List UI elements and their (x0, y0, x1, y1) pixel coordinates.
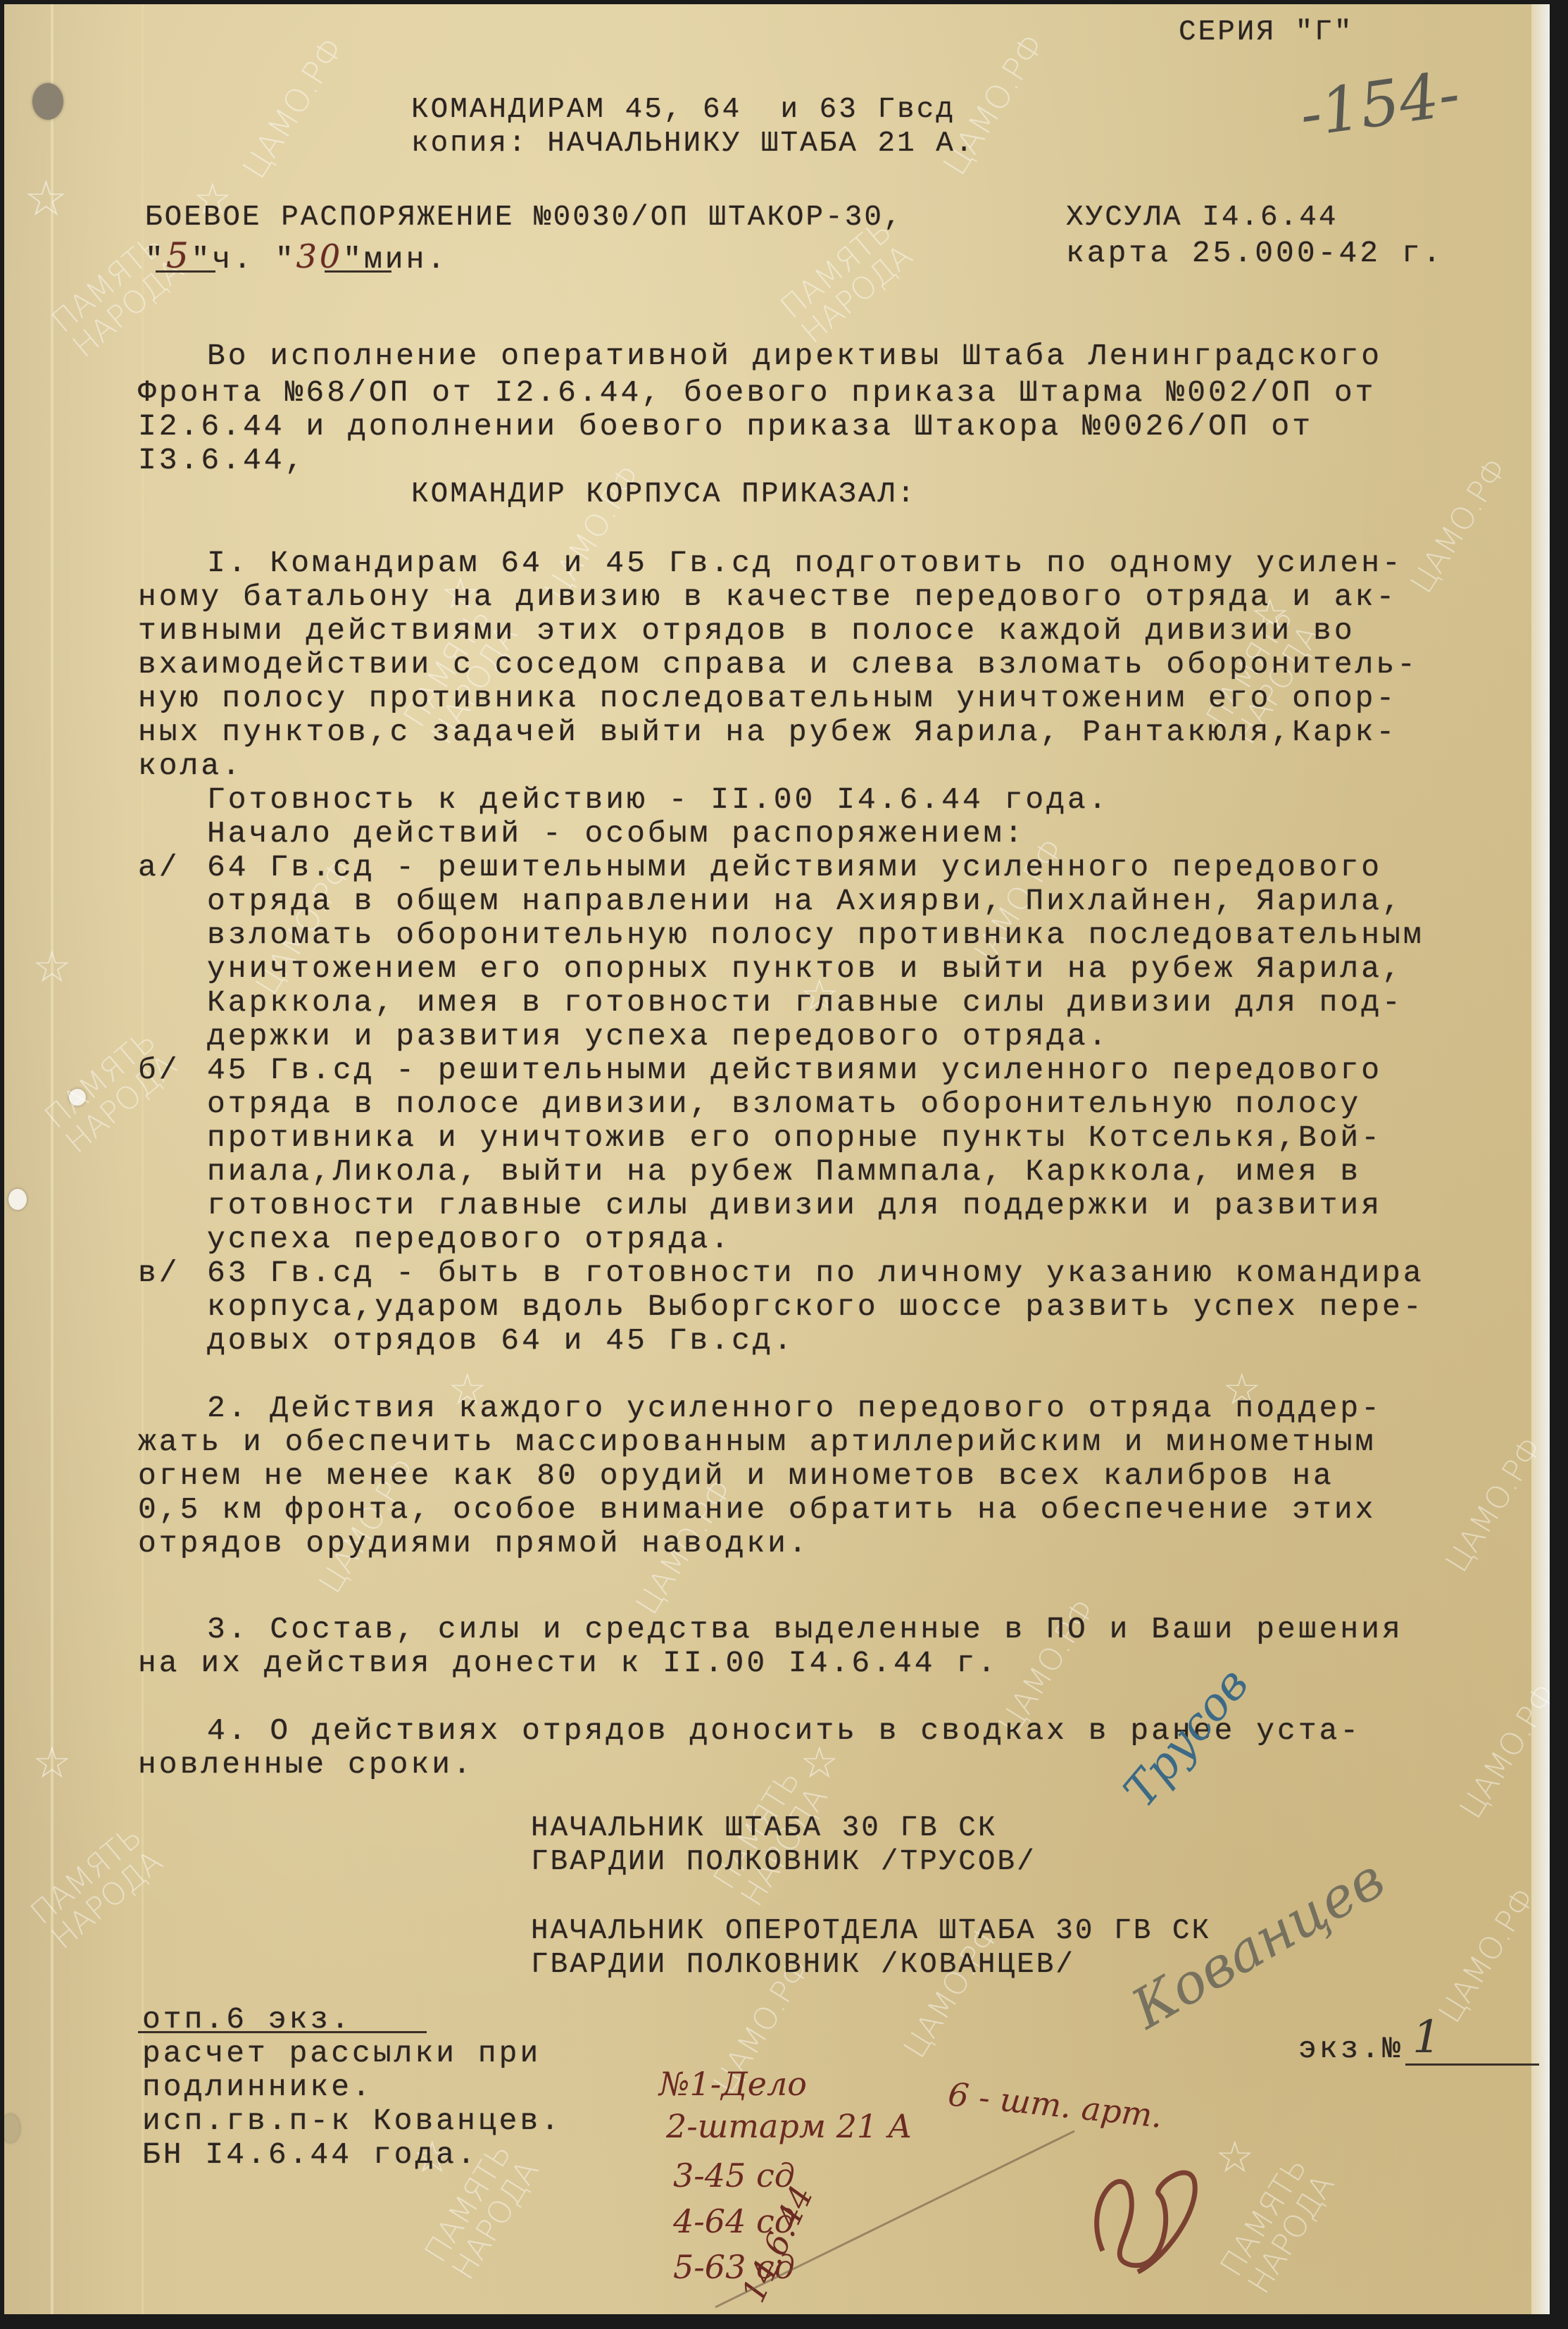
start-line: Начало действий - особым распоряжением: (207, 818, 1025, 849)
fold-line (51, 4, 54, 2314)
item-a-line: уничтожением его опорных пунктов и выйти… (207, 954, 1403, 984)
watermark-star-icon: ☆ (24, 170, 68, 227)
signature1-name: ГВАРДИИ ПОЛКОВНИК /ТРУСОВ/ (531, 1848, 1036, 1877)
signature2-title: НАЧАЛЬНИК ОПЕРОТДЕЛА ШТАБА 30 ГВ СК (531, 1917, 1211, 1946)
item-a-line: держки и развития успеха передового отря… (207, 1021, 1110, 1051)
minutes-underline (325, 270, 391, 273)
order-heading: КОМАНДИР КОРПУСА ПРИКАЗАЛ: (411, 480, 917, 509)
copies-underline (138, 2031, 427, 2033)
footer-line: исп.гв.п-к Кованцев. (142, 2106, 562, 2136)
item-label-b: б/ (138, 1055, 180, 1085)
item-label-v: в/ (138, 1258, 180, 1288)
item-b-line: 45 Гв.сд - решительными действиями усиле… (207, 1055, 1382, 1085)
handwritten-minutes: 30 (296, 237, 344, 275)
watermark-pamyat: ПАМЯТЬ НАРОДА (39, 1025, 183, 1160)
footer-line: расчет рассылки при (142, 2038, 541, 2068)
fold-line (142, 4, 144, 2314)
item-v-line: довых отрядов 64 и 45 Гв.сд. (207, 1325, 795, 1356)
copy-addressee-line: копия: НАЧАЛЬНИКУ ШТАБА 21 А. (411, 130, 975, 158)
order-title: БОЕВОЕ РАСПОРЯЖЕНИЕ №0030/ОП ШТАКОР-30, (145, 204, 903, 232)
hours-underline (156, 270, 215, 273)
watermark-pamyat: ПАМЯТЬ НАРОДА (25, 1821, 169, 1956)
item-label-a: а/ (138, 852, 180, 882)
copy-number-label: экз.№ (1298, 2034, 1403, 2064)
punch-hole (8, 1189, 27, 1210)
signature2-name: ГВАРДИИ ПОЛКОВНИК /КОВАНЦЕВ/ (531, 1951, 1075, 1980)
watermark-tsamo: ЦАМО.РФ (237, 32, 349, 184)
distribution-extra: 6 - шт. арт. (946, 2078, 1164, 2133)
signature1-title: НАЧАЛЬНИК ШТАБА 30 ГВ СК (531, 1814, 998, 1843)
distribution-item: 3-45 сд (673, 2159, 795, 2192)
item-a-line: отряда в общем направлении на Ахиярви, П… (207, 886, 1403, 916)
preamble-line: I3.6.44, (138, 445, 306, 475)
watermark-pamyat: ПАМЯТЬ НАРОДА (775, 215, 919, 350)
preamble-line: I2.6.44 и дополнении боевого приказа Шта… (138, 411, 1313, 442)
section1-line: I. Командирам 64 и 45 Гв.сд подготовить … (207, 548, 1403, 578)
section2-line: жать и обеспечить массированным артиллер… (138, 1427, 1376, 1457)
item-b-line: пиала,Ликола, выйти на рубеж Паммпала, К… (207, 1156, 1361, 1187)
section2-line: огнем не менее как 80 орудий и минометов… (138, 1461, 1334, 1491)
addressee-line: КОМАНДИРАМ 45, 64 и 63 Гвсд (411, 96, 955, 125)
section1-line: ную полосу противника последовательным у… (138, 683, 1397, 713)
section3-line: на их действия донести к II.00 I4.6.44 г… (138, 1648, 998, 1678)
place-date: ХУСУЛА I4.6.44 (1066, 204, 1338, 232)
section1-line: тивными действиями этих отрядов в полосе… (138, 616, 1355, 646)
map-reference: карта 25.000-42 г. (1066, 238, 1443, 268)
item-b-line: готовности главные силы дивизии для подд… (207, 1190, 1382, 1220)
item-a-line: 64 Гв.сд - решительными действиями усиле… (207, 852, 1382, 882)
archival-document-page: ЦАМО.РФ ЦАМО.РФ ☆ ПАМЯТЬ НАРОДА ☆ ПАМЯТЬ… (4, 4, 1550, 2314)
readiness-line: Готовность к действию - II.00 I4.6.44 го… (207, 785, 1110, 815)
section2-line: 0,5 км фронта, особое внимание обратить … (138, 1494, 1376, 1525)
section2-line: 2. Действия каждого усиленного передовог… (207, 1393, 1382, 1423)
handwritten-date: 14.6.44 (736, 2181, 818, 2307)
watermark-pamyat: ПАМЯТЬ НАРОДА (1215, 2152, 1341, 2299)
section1-line: кола. (138, 751, 243, 781)
section1-line: ному батальону на дивизию в качестве пер… (138, 582, 1397, 612)
copies-count: отп.6 экз. (142, 2004, 352, 2035)
punch-hole (4, 2114, 20, 2142)
item-v-line: 63 Гв.сд - быть в готовности по личному … (207, 1258, 1424, 1288)
section3-line: 3. Состав, силы и средства выделенные в … (207, 1614, 1403, 1644)
time-line: "5"ч. "30"мин. (145, 238, 448, 275)
section4-line: новленные сроки. (138, 1749, 474, 1780)
distribution-item: №1-Дело (659, 2068, 807, 2100)
watermark-star-icon: ☆ (1215, 2131, 1255, 2183)
watermark-tsamo: ЦАМО.РФ (1434, 1882, 1541, 2028)
paper-edge (1531, 4, 1550, 2314)
item-a-line: Карккола, имея в готовности главные силы… (207, 987, 1403, 1018)
item-a-line: взломать оборонительную полосу противник… (207, 920, 1424, 950)
watermark-tsamo: ЦАМО.РФ (1405, 453, 1513, 599)
section2-line: отрядов орудиями прямой наводки. (138, 1528, 810, 1559)
footer-line: БН I4.6.44 года. (142, 2140, 478, 2170)
item-b-line: успеха передового отряда. (207, 1224, 732, 1254)
preamble-line: Фронта №68/ОП от I2.6.44, боевого приказ… (138, 377, 1376, 408)
punch-hole (69, 1089, 86, 1106)
distribution-item: 2-штарм 21 А (666, 2110, 912, 2142)
copy-number-value: 1 (1412, 2015, 1441, 2060)
item-v-line: корпуса,ударом вдоль Выборгского шоссе р… (207, 1292, 1424, 1322)
preamble-line: Во исполнение оперативной директивы Штаб… (207, 341, 1382, 371)
punch-hole (32, 83, 63, 120)
footer-line: подлиннике. (142, 2072, 373, 2102)
item-b-line: противника и уничтожив его опорные пункт… (207, 1123, 1382, 1153)
handwritten-page-number: -154- (1296, 63, 1463, 146)
series-label: СЕРИЯ "Г" (1179, 18, 1353, 47)
item-b-line: отряда в полосе дивизии, взломать оборон… (207, 1089, 1361, 1119)
copy-number-underline (1405, 2063, 1539, 2066)
section1-line: ных пунктов,с задачей выйти на рубеж Яар… (138, 717, 1397, 747)
section1-line: вхаимодействии с соседом справа и слева … (138, 649, 1418, 680)
